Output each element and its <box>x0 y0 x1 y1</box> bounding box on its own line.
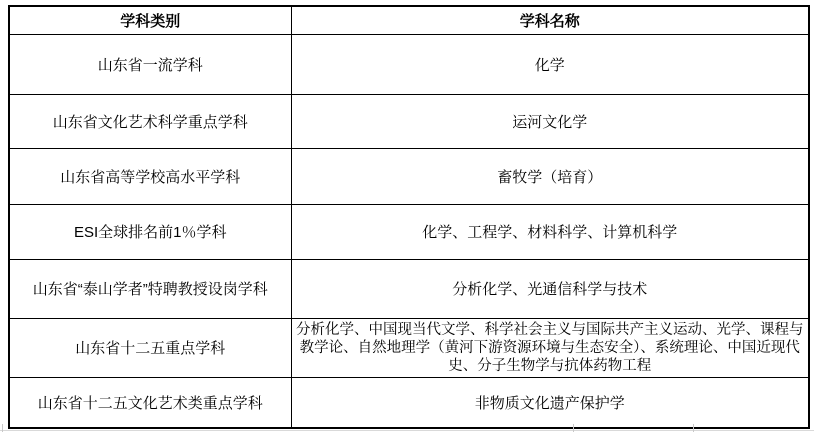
cell-category: 山东省文化艺术科学重点学科 <box>9 94 291 148</box>
header-category: 学科类别 <box>9 6 291 34</box>
header-row: 学科类别 学科名称 <box>9 6 809 34</box>
table-row: 山东省十二五文化艺术类重点学科 非物质文化遗产保护学 <box>9 377 809 428</box>
table-row: 山东省文化艺术科学重点学科 运河文化学 <box>9 94 809 148</box>
gridline-stub <box>573 424 574 432</box>
cell-name: 化学 <box>291 34 809 94</box>
cell-name: 分析化学、光通信科学与技术 <box>291 259 809 318</box>
cell-name: 运河文化学 <box>291 94 809 148</box>
subjects-table: 学科类别 学科名称 山东省一流学科 化学 山东省文化艺术科学重点学科 运河文化学… <box>8 5 810 429</box>
cell-name: 非物质文化遗产保护学 <box>291 377 809 428</box>
cell-category: 山东省高等学校高水平学科 <box>9 148 291 204</box>
header-name: 学科名称 <box>291 6 809 34</box>
table-row: 山东省高等学校高水平学科 畜牧学（培育） <box>9 148 809 204</box>
cell-category: 山东省十二五文化艺术类重点学科 <box>9 377 291 428</box>
cell-category: 山东省一流学科 <box>9 34 291 94</box>
gridline-horizontal <box>0 430 814 431</box>
gridline-stub <box>2 424 3 432</box>
cell-category: 山东省“泰山学者”特聘教授设岗学科 <box>9 259 291 318</box>
table-row: 山东省“泰山学者”特聘教授设岗学科 分析化学、光通信科学与技术 <box>9 259 809 318</box>
table-row: 山东省一流学科 化学 <box>9 34 809 94</box>
cell-category: 山东省十二五重点学科 <box>9 318 291 377</box>
cell-name: 化学、工程学、材料科学、计算机科学 <box>291 204 809 259</box>
cell-category: ESI全球排名前1％学科 <box>9 204 291 259</box>
table-row: 山东省十二五重点学科 分析化学、中国现当代文学、科学社会主义与国际共产主义运动、… <box>9 318 809 377</box>
table-row: ESI全球排名前1％学科 化学、工程学、材料科学、计算机科学 <box>9 204 809 259</box>
gridline-stub <box>693 424 694 432</box>
cell-name: 畜牧学（培育） <box>291 148 809 204</box>
cell-name: 分析化学、中国现当代文学、科学社会主义与国际共产主义运动、光学、课程与教学论、自… <box>291 318 809 377</box>
page: 学科类别 学科名称 山东省一流学科 化学 山东省文化艺术科学重点学科 运河文化学… <box>0 0 814 432</box>
